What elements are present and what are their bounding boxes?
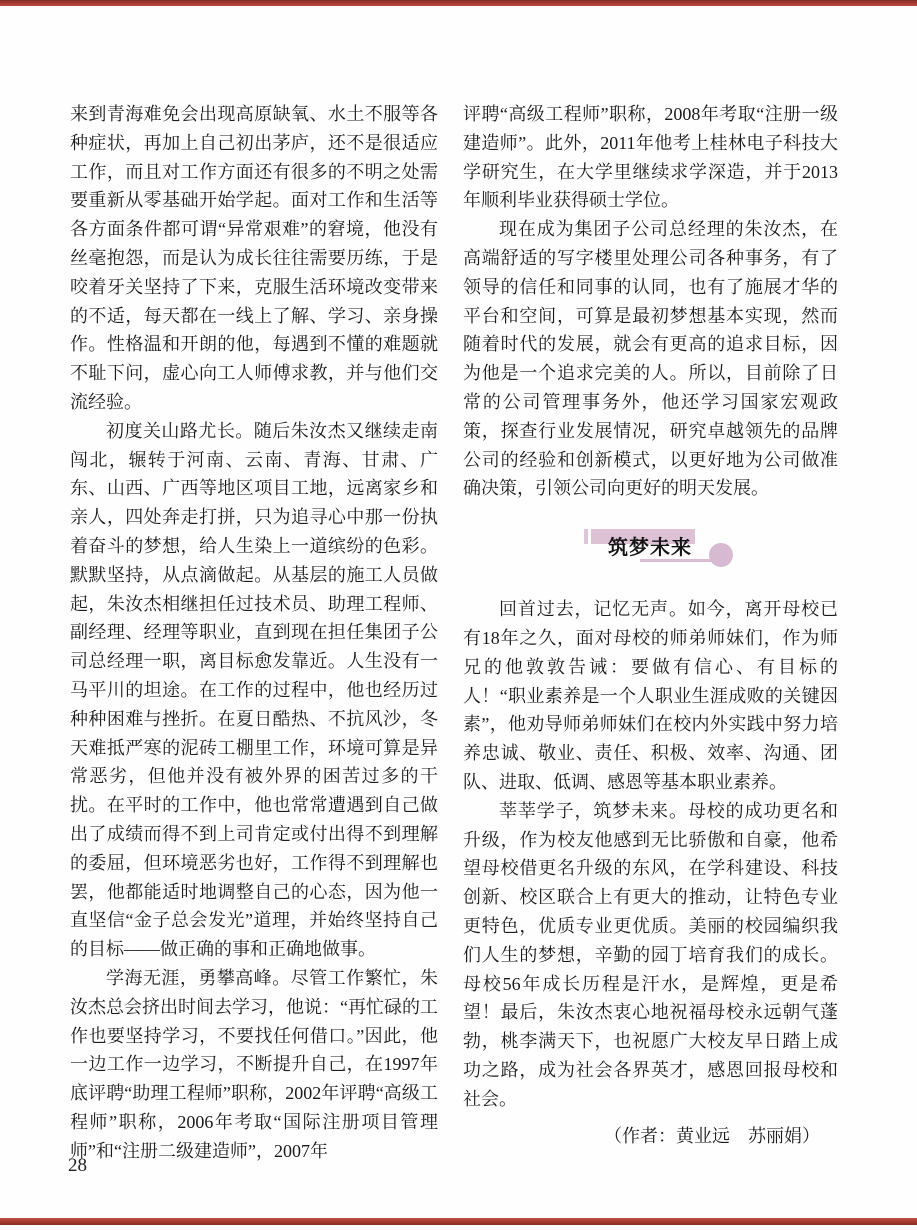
paragraph: 现在成为集团子公司总经理的朱汝杰，在高端舒适的写字楼里处理公司各种事务，有了领导… [463,215,838,503]
section-header: 筑梦未来 [463,523,838,573]
paragraph: 回首过去，记忆无声。如今，离开母校已有18年之久，面对母校的师弟师妹们，作为师兄… [463,595,838,797]
page-number: 28 [68,1155,87,1177]
header-tick-decoration [584,529,588,544]
magazine-page: 来到青海难免会出现高原缺氧、水土不服等各种症状，再加上自己初出茅庐，还不是很适应… [0,0,917,1230]
bottom-accent-rule [0,1218,917,1225]
left-text-column: 来到青海难免会出现高原缺氧、水土不服等各种症状，再加上自己初出茅庐，还不是很适应… [70,100,438,1165]
top-accent-rule [0,0,917,6]
paragraph: 初度关山路尤长。随后朱汝杰又继续走南闯北，辗转于河南、云南、青海、甘肃、广东、山… [70,417,438,964]
paragraph: 学海无涯，勇攀高峰。尽管工作繁忙，朱汝杰总会挤出时间去学习，他说：“再忙碌的工作… [70,964,438,1166]
right-text-column: 评聘“高级工程师”职称，2008年考取“注册一级建造师”。此外，2011年他考上… [463,100,838,1150]
paragraph: 来到青海难免会出现高原缺氧、水土不服等各种症状，再加上自己初出茅庐，还不是很适应… [70,100,438,417]
author-credit: （作者：黄业远 苏丽娟） [463,1122,838,1151]
paragraph: 评聘“高级工程师”职称，2008年考取“注册一级建造师”。此外，2011年他考上… [463,100,838,215]
section-header-title: 筑梦未来 [608,534,692,563]
header-circle-decoration [709,543,733,567]
paragraph: 莘莘学子，筑梦未来。母校的成功更名和升级，作为校友他感到无比骄傲和自豪，他希望母… [463,797,838,1114]
